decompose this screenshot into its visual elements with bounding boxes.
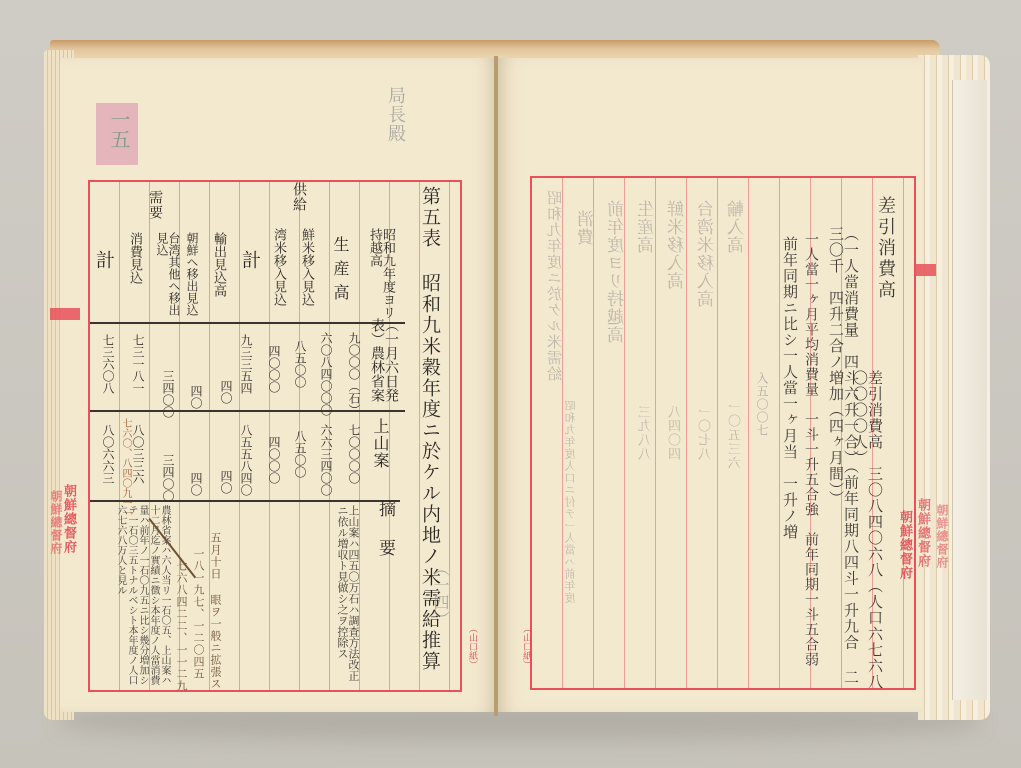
demand-item-taiwan-export: 台湾其他ヘ移出見込 [156, 232, 180, 322]
demand-item-total: 計 [94, 250, 113, 270]
bleed-through-line-3: 鮮米移入高 [670, 200, 687, 290]
cell-ag-export: 四〇 [220, 380, 232, 404]
demand-item-consumption: 消費見込 [128, 232, 141, 284]
right-paper-maker-mark: （山口紙） [520, 624, 533, 669]
demand-item-export: 輸出見込高 [212, 232, 225, 297]
right-line-comparison: 前年同期ニ比シ一人當一ヶ月当 一升ノ増 [782, 236, 797, 556]
supply-item-production: 生産高 [332, 236, 348, 308]
cell-ag-production: 六〇八四〇〇〇 [320, 332, 332, 416]
left-red-edge-mark [50, 308, 80, 320]
demand-item-korea-export: 朝鮮ヘ移出見込 [186, 232, 198, 316]
right-fore-edge-print: 朝鮮總督府 [898, 510, 911, 580]
supply-item-korea-import: 鮮米移入見込 [300, 228, 313, 306]
bleed-through-line-5: 前年度ヨリ持越高 [610, 200, 627, 344]
left-paper-maker-mark: （山口紙） [466, 624, 479, 669]
bleed-through-line-2: 台湾米移入高 [700, 200, 717, 308]
demand-group-header: 需要 [148, 190, 162, 220]
bleed-through-figure-1: 一〇五三六 [730, 400, 743, 470]
bleed-through-line-7: 昭和九年度人口ニ付テ一人當ハ前年度 [565, 400, 576, 604]
marginal-note-figure-1: 一八一九七、一二〇四五 [193, 548, 204, 680]
cell-kami-korea-export: 四〇 [190, 472, 202, 496]
right-heading: 差引消費高 [876, 196, 894, 301]
brown-annotation-1: 七六〇、八四〇九一一 [120, 418, 130, 518]
bleed-through-figure-3: 三九八八 [640, 405, 653, 461]
bleed-through-line-4: 生産高 [640, 200, 657, 254]
marginal-note-figure-2: 七六八四二二、一一二九 [176, 560, 187, 692]
cell-kami-consumption: 八〇三三六 [132, 424, 144, 484]
right-line-monthly-average: 一人當一ヶ月平均消費量 一斗一升五合強 前年同期一斗五合弱 [804, 232, 818, 672]
left-fore-edge-print: 朝鮮總督府 [62, 484, 75, 554]
right-fore-edge-print-2: 朝鮮總督府 [916, 498, 929, 568]
cell-ag-korea-export: 四〇 [190, 385, 202, 409]
cell-ag-carryover: 九〇〇〇（石） [348, 332, 360, 416]
bleed-through-line-1: 輸入高 [730, 200, 747, 254]
cell-ag-supply-total: 九三三五四 [240, 334, 252, 394]
cell-kami-korea-import: 八五〇〇 [294, 430, 306, 478]
summary-note-kamiyama: 上山案ハ四五〇万石ハ調査方法改正ニ依ル増収ト見做シ之ヲ控除ス [337, 505, 359, 685]
table-header-divider [90, 322, 405, 324]
page-number-tag: 一五 [96, 103, 138, 165]
bleed-through-figure-2: 八四〇四 [670, 405, 683, 461]
bleed-through-line-6: 消費 [580, 210, 597, 246]
folded-insert-sheet [952, 80, 987, 700]
cell-ag-consumption: 七三一八一 [132, 334, 144, 394]
right-faint-figure: 入五〇〇七 [756, 372, 768, 437]
cell-ag-demand-total: 七三六〇八 [102, 334, 114, 394]
marginal-note-date: 五月十日 眼ヲ一般ニ拡張ス [210, 532, 221, 690]
source-label-kamiyama: 上山案 [372, 418, 388, 469]
cell-kami-taiwan-export: 三四〇〇 [162, 454, 174, 502]
supply-item-taiwan-import: 湾米移入見込 [272, 228, 285, 306]
cell-kami-demand-total: 八〇六六三 [102, 424, 114, 484]
supply-item-total: 計 [240, 250, 259, 270]
supply-item-carryover: 昭和九年度ヨリ持越高 [368, 228, 394, 320]
cell-kami-taiwan-import: 四〇〇〇 [268, 436, 280, 484]
cell-ag-korea-import: 八五〇〇 [294, 340, 306, 388]
pencil-addressee-note: 局長殿 [386, 86, 404, 143]
bleed-through-figure-4: 一〇七八 [700, 405, 713, 461]
cell-ag-taiwan-import: 四〇〇〇 [268, 345, 280, 393]
table-bottom-divider [90, 500, 400, 502]
summary-header: 摘要 [376, 500, 393, 578]
cell-kami-production: 六六三四〇〇 [320, 424, 332, 496]
right-fore-edge-print-3: 朝鮮總督府 [936, 504, 948, 569]
table-number: （一四） [432, 560, 448, 628]
cell-kami-supply-total: 八五五八四〇 [240, 424, 252, 496]
right-red-edge-mark [916, 264, 936, 276]
cell-kami-export: 四〇 [220, 470, 232, 494]
left-fore-edge-print-2: 朝鮮總督府 [50, 490, 62, 555]
bleed-through-title: 昭和九年度ニ於ケル米需給 [548, 190, 563, 382]
cell-kami-carryover: 七〇〇〇〇 [348, 424, 360, 484]
cell-ag-taiwan-export: 三四〇〇 [162, 370, 174, 418]
page-number-text: 一五 [105, 109, 134, 149]
source-label-agriculture: （一月六日発表）農林省案 [370, 318, 398, 413]
supply-group-header: 供給 [292, 182, 306, 212]
right-line-per-capita: （一人當消費量 四斗六升一合）（前年同期八四斗一升九合 二三〇千 四升二合ノ増加… [828, 226, 858, 686]
